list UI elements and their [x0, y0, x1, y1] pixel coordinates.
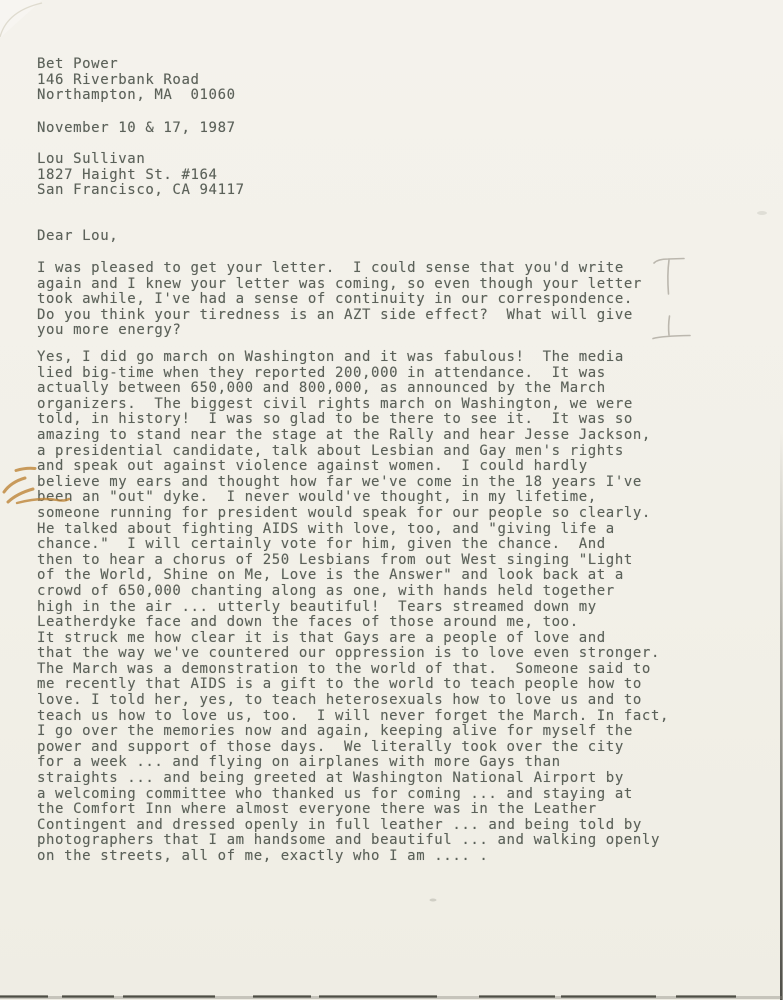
- page-corner-fold: [0, 3, 42, 37]
- orange-check-mark-lower: [8, 489, 33, 502]
- paper-smudge-small: [430, 899, 437, 902]
- body-paragraph-2: Yes, I did go march on Washington and it…: [37, 350, 669, 865]
- scanned-letter-page: Bet Power 146 Riverbank Road Northampton…: [0, 0, 783, 1000]
- sender-address: Bet Power 146 Riverbank Road Northampton…: [37, 57, 236, 104]
- recipient-address: Lou Sullivan 1827 Haight St. #164 San Fr…: [37, 152, 245, 199]
- orange-dash-mark: [16, 468, 35, 470]
- salutation: Dear Lou,: [37, 229, 118, 245]
- orange-check-mark-upper: [4, 478, 25, 492]
- pencil-bracket-top-mark: [654, 259, 684, 295]
- letter-date: November 10 & 17, 1987: [37, 121, 236, 137]
- page-corner-highlight: [0, 0, 42, 38]
- pencil-bracket-bottom-mark: [653, 316, 690, 339]
- body-paragraph-1: I was pleased to get your letter. I coul…: [37, 261, 642, 339]
- paper-smudge-faint: [757, 211, 767, 215]
